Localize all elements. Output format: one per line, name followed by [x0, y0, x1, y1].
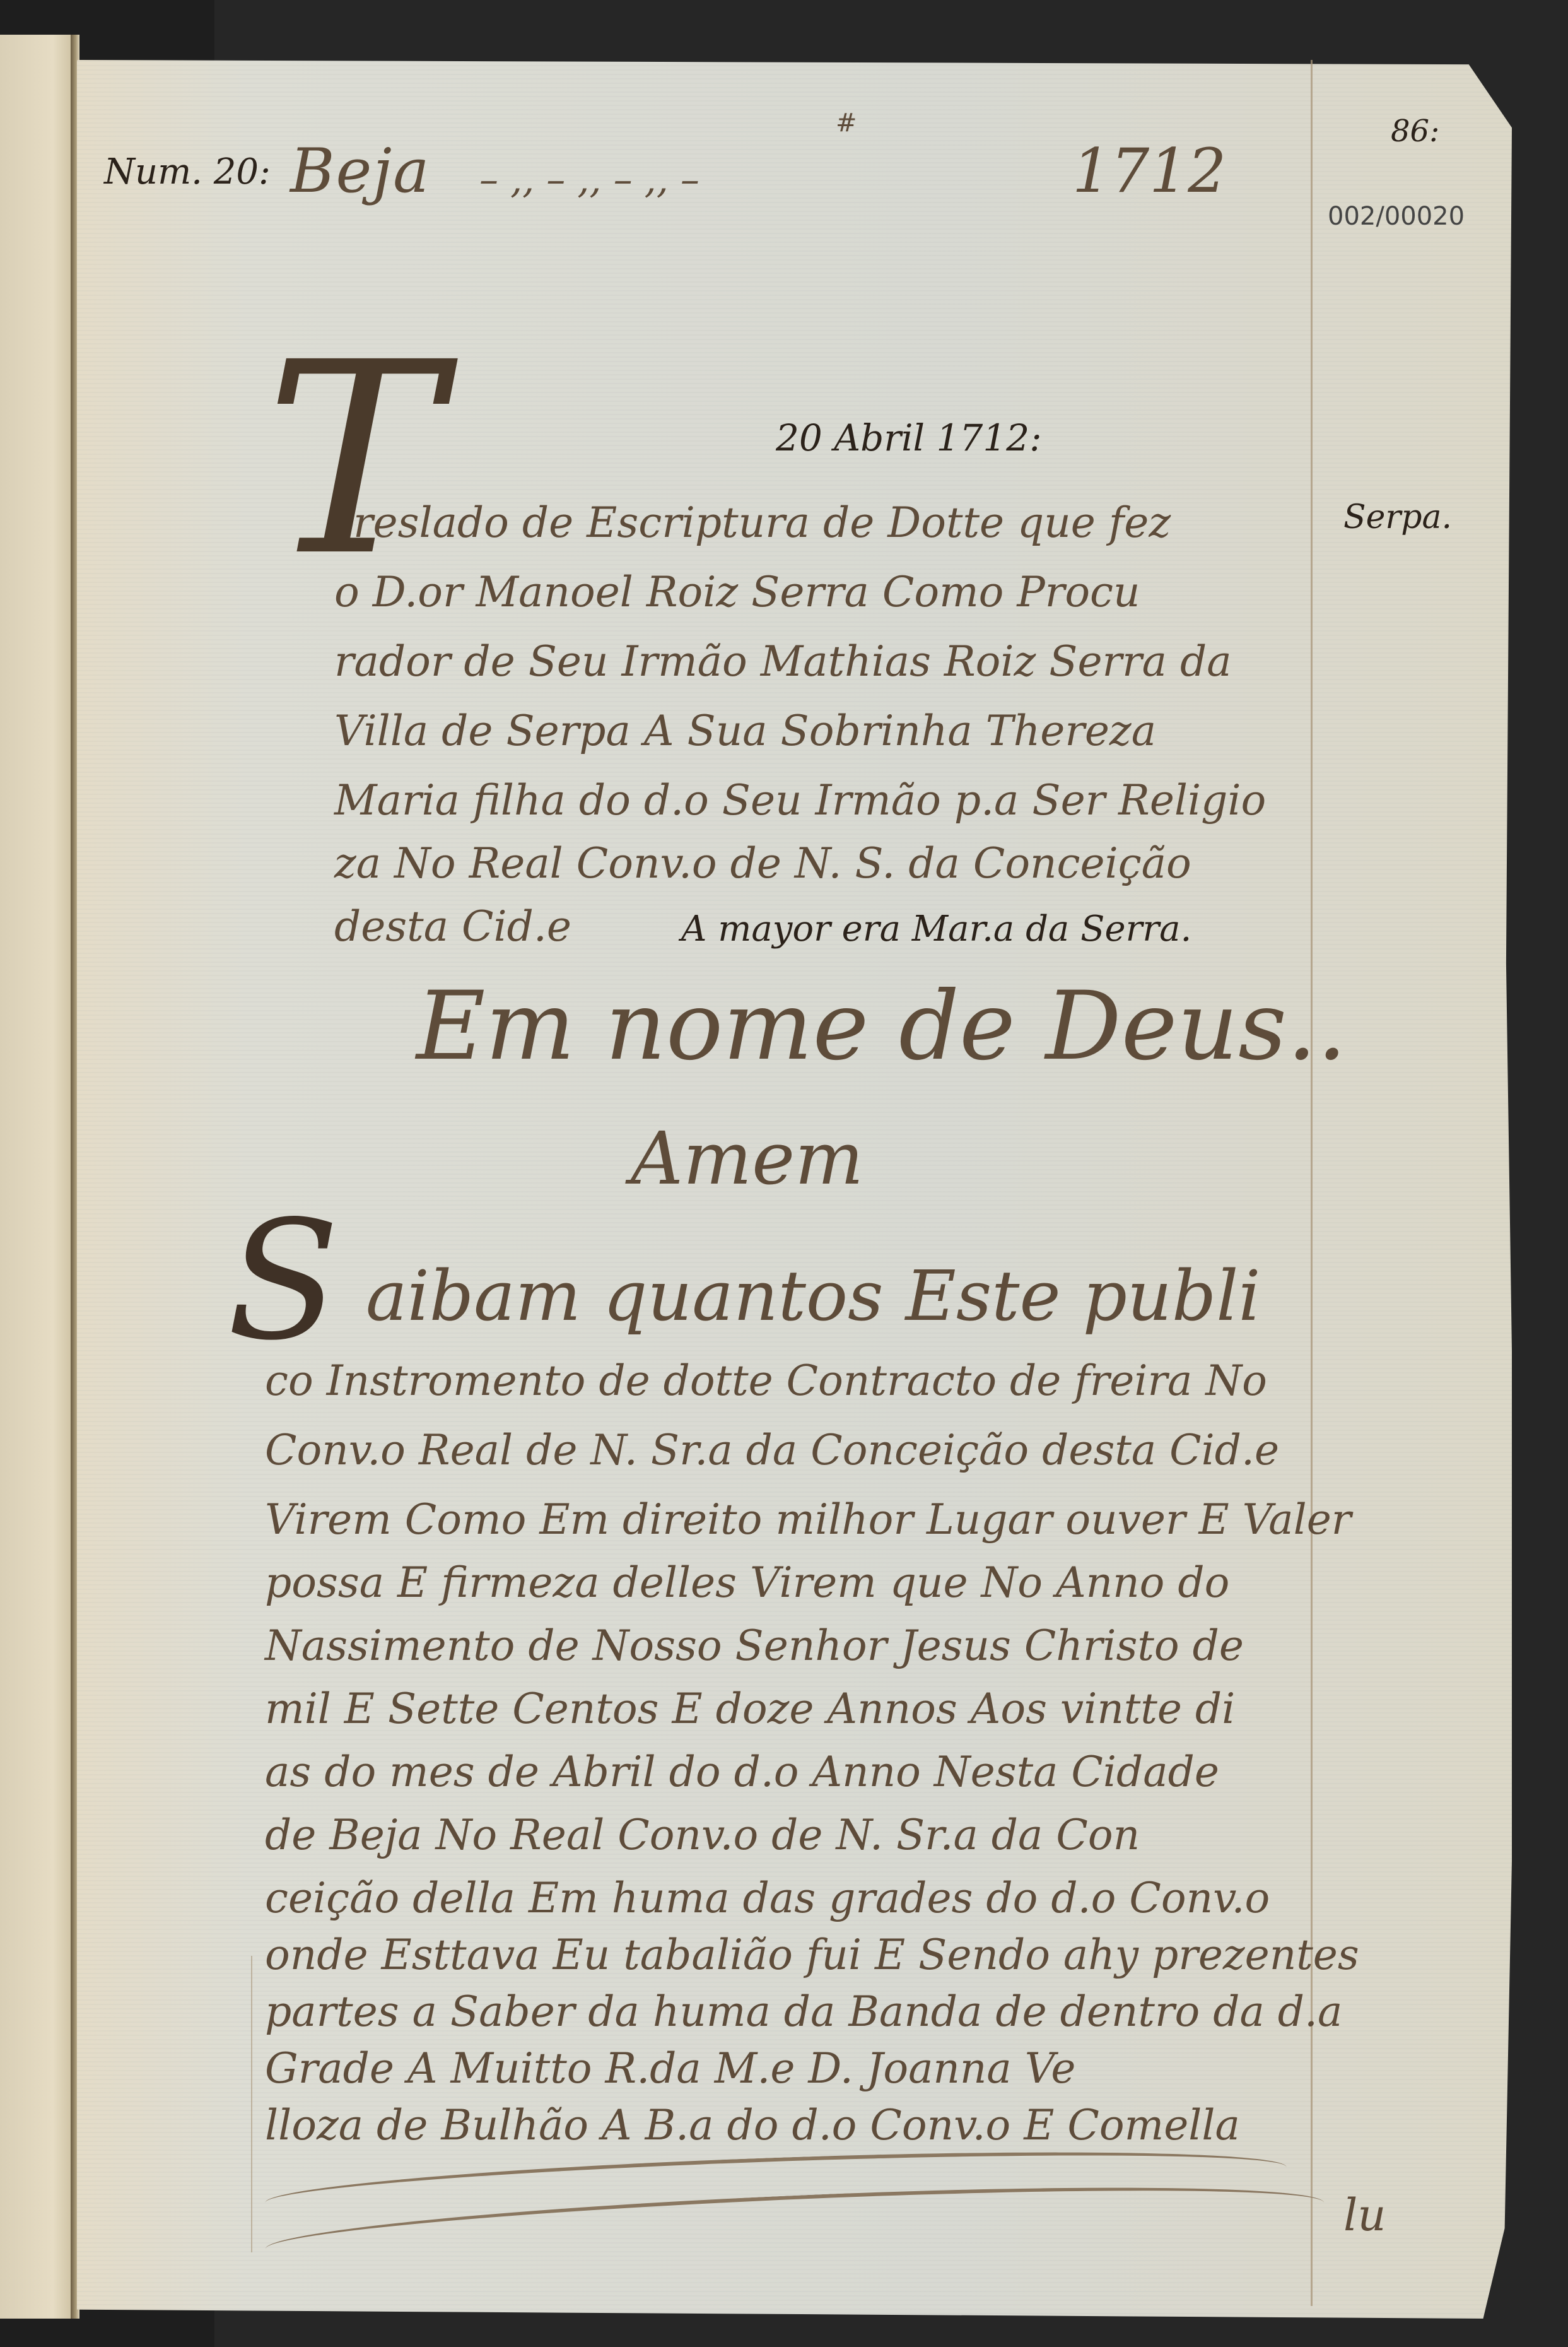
body-line: possa E firmeza delles Virem que No Anno… [265, 1558, 1229, 1607]
hash-mark: # [836, 109, 857, 138]
body-line: Conv.o Real de N. Sr.a da Conceição dest… [265, 1426, 1279, 1474]
body-line: de Beja No Real Conv.o de N. Sr.a da Con [265, 1811, 1140, 1859]
title-line: reslado de Escriptura de Dotte que fez [353, 498, 1171, 547]
body-lead-line: aibam quantos Este publi [366, 1256, 1261, 1336]
date-note: 20 Abril 1712: [776, 416, 1042, 459]
document-number: Num. 20: [104, 151, 271, 192]
body-line: Nassimento de Nosso Senhor Jesus Christo… [265, 1621, 1244, 1670]
title-line: Villa de Serpa A Sua Sobrinha Thereza [334, 707, 1156, 755]
decorative-initial-t: T [265, 328, 442, 593]
body-line: Virem Como Em direito milhor Lugar ouver… [265, 1495, 1351, 1544]
previous-page-edge [0, 35, 76, 2319]
body-line: as do mes de Abril do d.o Anno Nesta Cid… [265, 1748, 1219, 1796]
archive-reference: 002/00020 [1328, 202, 1465, 231]
year-heading: 1712 [1072, 136, 1226, 206]
invocation-heading: Em nome de Deus.. [416, 972, 1347, 1081]
heading-separator: – ,, – ,, – ,, – [479, 158, 699, 202]
title-line: rador de Seu Irmão Mathias Roiz Serra da [334, 637, 1232, 686]
body-line: Grade A Muitto R.da M.e D. Joanna Ve [265, 2044, 1075, 2093]
body-line: lloza de Bulhão A B.a do d.o Conv.o E Co… [265, 2101, 1240, 2150]
decorative-initial-s: S [227, 1186, 339, 1377]
folio-number: 86: [1391, 114, 1439, 149]
margin-place-note: Serpa. [1343, 498, 1452, 536]
title-line: desta Cid.e [334, 902, 571, 951]
body-line: onde Esttava Eu tabalião fui E Sendo ahy… [265, 1931, 1359, 1979]
left-rule-line [251, 1956, 252, 2252]
title-line: o D.or Manoel Roiz Serra Como Procu [334, 568, 1140, 616]
amen-heading: Amem [631, 1117, 863, 1201]
city-heading: Beja [290, 136, 430, 206]
body-line: partes a Saber da huma da Banda de dentr… [265, 1987, 1342, 2036]
title-line: za No Real Conv.o de N. S. da Conceição [334, 839, 1191, 888]
title-addendum: A mayor era Mar.a da Serra. [681, 909, 1191, 950]
body-line: co Instromento de dotte Contracto de fre… [265, 1356, 1267, 1405]
title-line: Maria filha do d.o Seu Irmão p.a Ser Rel… [334, 776, 1266, 825]
end-mark: lu [1343, 2189, 1386, 2241]
body-line: ceição della Em huma das grades do d.o C… [265, 1874, 1270, 1922]
body-line: mil E Sette Centos E doze Annos Aos vint… [265, 1685, 1235, 1733]
